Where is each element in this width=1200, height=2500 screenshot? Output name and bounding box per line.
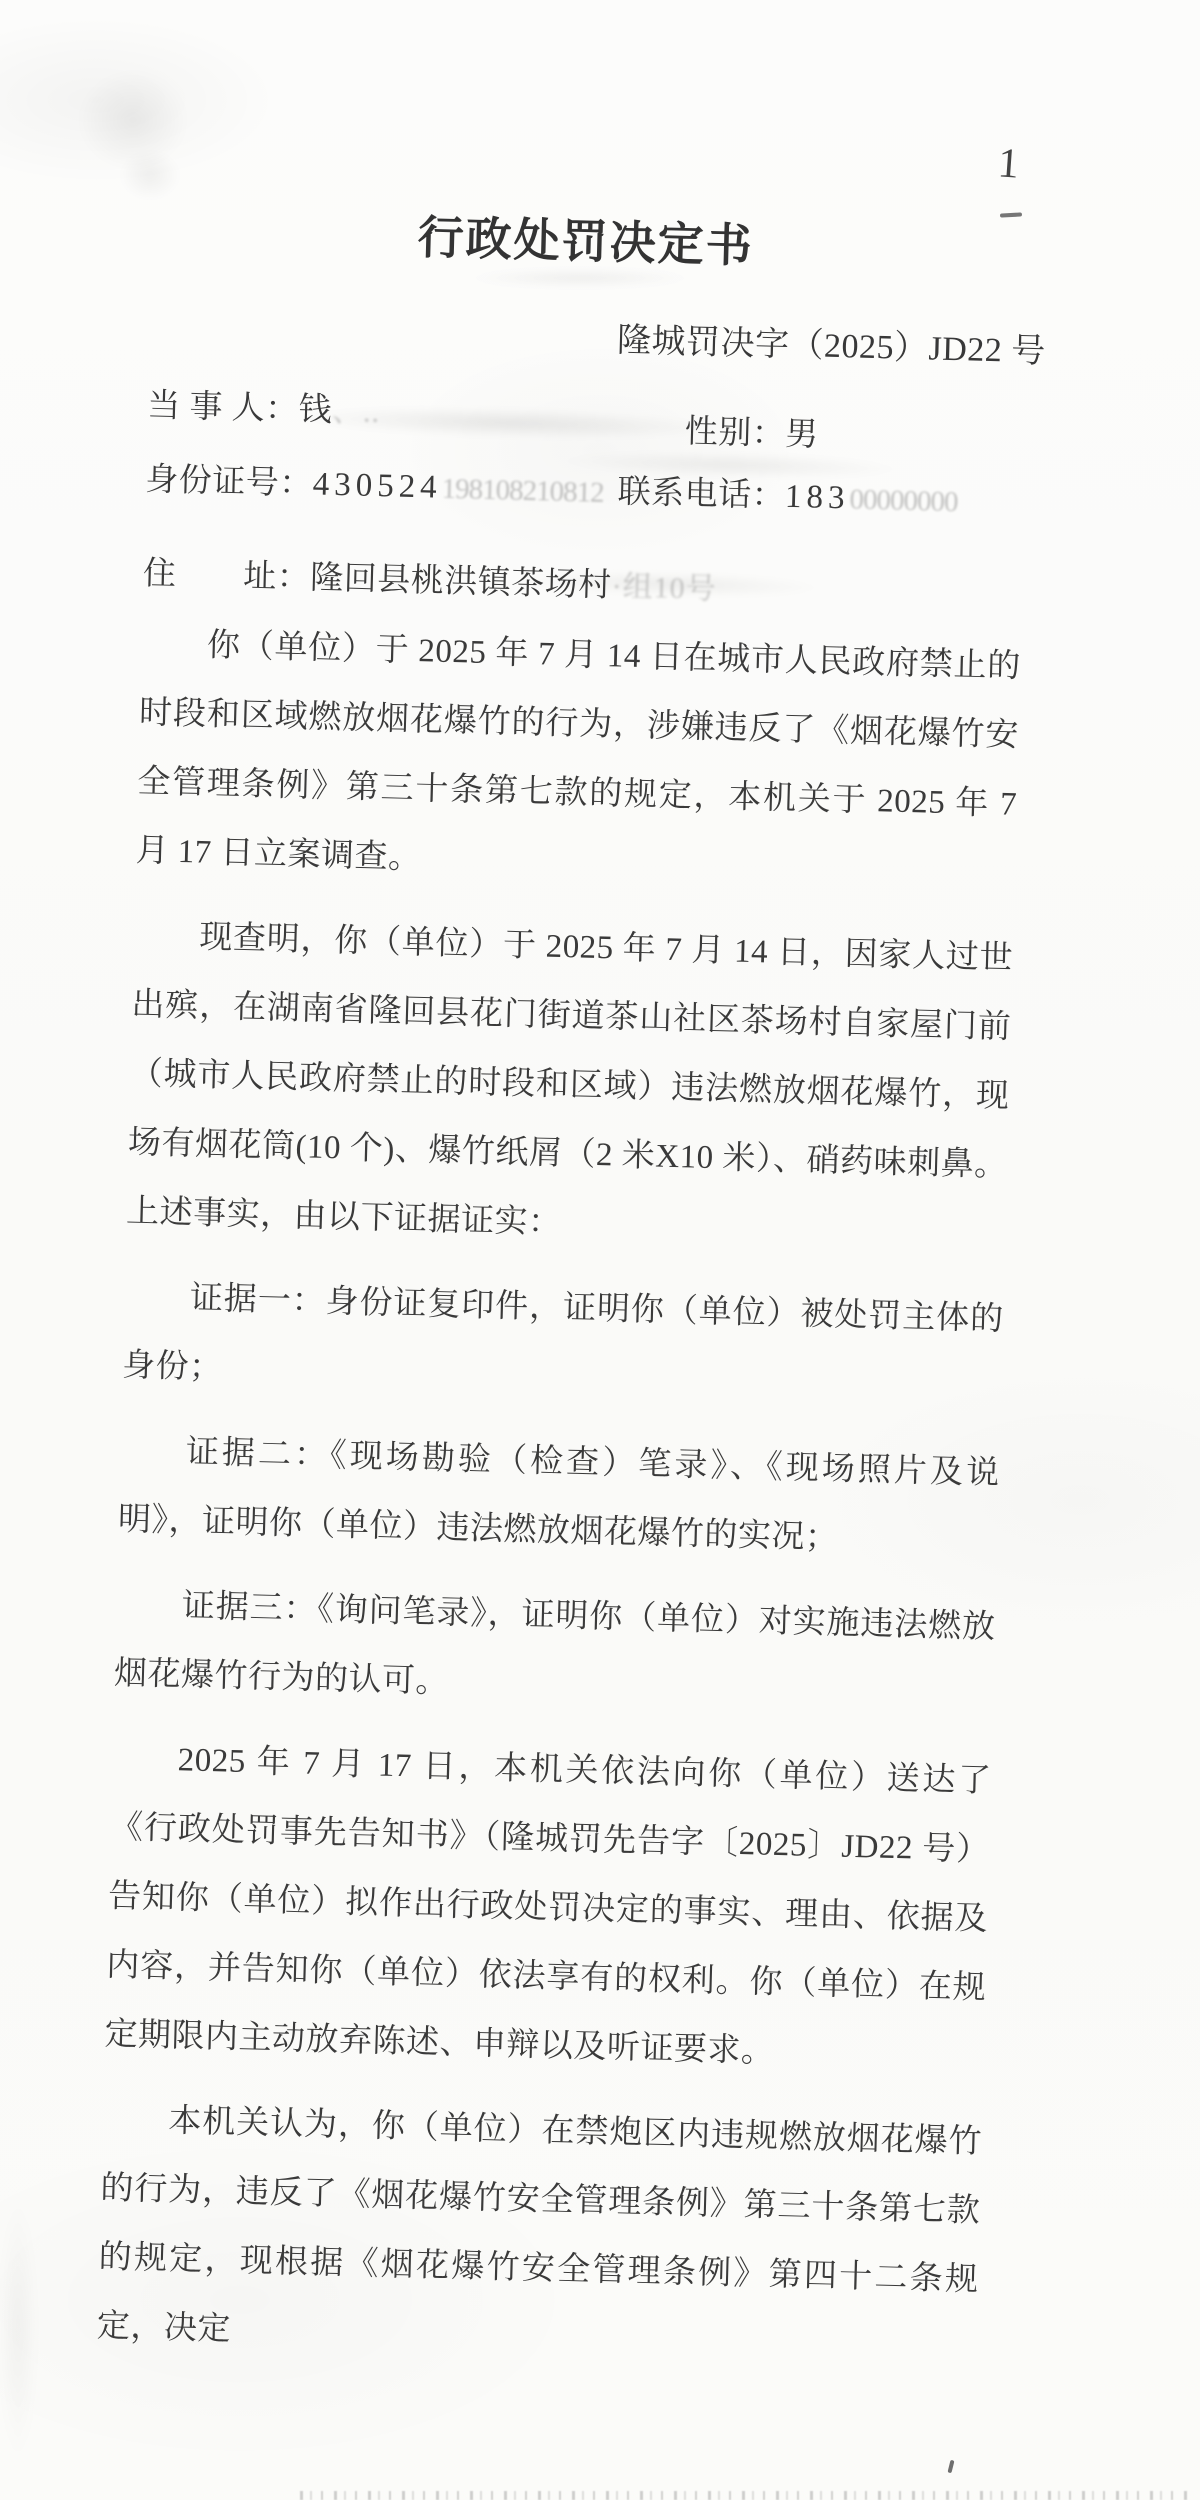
document-title: 行政处罚决定书: [417, 203, 755, 281]
paragraph-evidence-3: 证据三：《询问笔录》，证明你（单位）对实施违法燃放烟花爆竹行为的认可。: [113, 1571, 996, 1732]
id-number-label: 身份证号：: [145, 462, 313, 502]
address-redacted: ·组10号: [611, 570, 717, 606]
scan-speck: [947, 2460, 954, 2474]
scanned-document-page: 1 行政处罚决定书 隆城罚决字（2025）JD22 号 当 事 人：钱、.. 性…: [0, 0, 1200, 2500]
paragraph-decision-basis: 本机关认为，你（单位）在禁炮区内违规燃放烟花爆竹的行为，违反了《烟花爆竹安全管理…: [96, 2085, 983, 2384]
page-number-underline: [1000, 212, 1022, 217]
paragraph-evidence-1: 证据一：身份证复印件，证明你（单位）被处罚主体的身份；: [121, 1263, 1004, 1424]
party-name-value: 钱: [298, 392, 332, 429]
paragraph-prior-notice: 2025 年 7 月 17 日，本机关依法向你（单位）送达了《行政处罚事先告知书…: [104, 1725, 993, 2093]
address-label: 住 址：: [142, 556, 310, 596]
page-bottom-scan-artifact: [300, 2491, 1190, 2500]
page-number: 1: [996, 139, 1020, 188]
party-name-label: 当 事 人：: [147, 388, 299, 428]
paragraph-evidence-2: 证据二：《现场勘验（检查）笔录》、《现场照片及说明》，证明你（单位）违法燃放烟花…: [117, 1417, 1000, 1578]
id-number-value: 430524: [312, 466, 442, 505]
document-number: 隆城罚决字（2025）JD22 号: [616, 306, 1046, 386]
document-body: 你（单位）于 2025 年 7 月 14 日在城市人民政府禁止的时段和区域燃放烟…: [96, 610, 1022, 2384]
id-number-redacted: 198108210812: [441, 473, 604, 509]
address-value: 隆回县桃洪镇茶场村: [310, 560, 612, 604]
paragraph-investigation: 现查明，你（单位）于 2025 年 7 月 14 日，因家人过世出殡，在湖南省隆…: [125, 902, 1014, 1270]
phone-redacted: 00000000: [849, 483, 958, 518]
phone-label: 联系电话：: [617, 474, 785, 514]
phone-value: 183: [785, 479, 850, 517]
paragraph-facts-filed: 你（单位）于 2025 年 7 月 14 日在城市人民政府禁止的时段和区域燃放烟…: [135, 610, 1022, 909]
gender-label: 性别：: [684, 414, 785, 453]
scan-smudge: [120, 150, 180, 200]
scan-smudge: [0, 2200, 36, 2460]
document-content: 行政处罚决定书 隆城罚决字（2025）JD22 号 当 事 人：钱、.. 性别：…: [158, 0, 1038, 23]
party-name-redacted: 、..: [332, 395, 381, 429]
gender-value: 男: [785, 417, 819, 454]
scan-smudge: [78, 70, 188, 170]
